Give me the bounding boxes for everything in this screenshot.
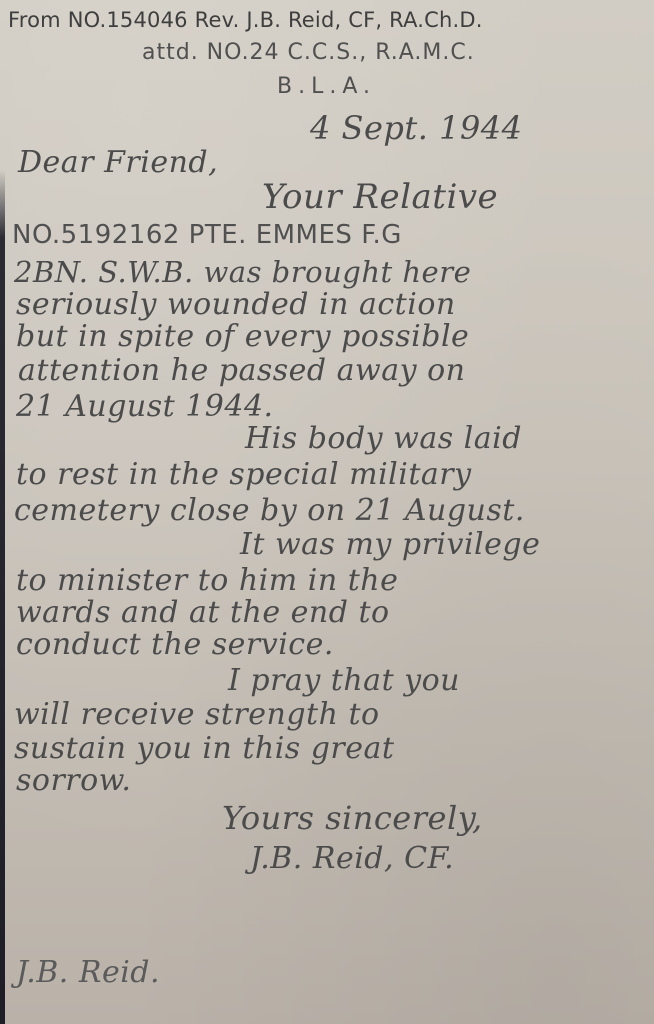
- salutation: Dear Friend,: [18, 148, 218, 178]
- body-line: attention he passed away on: [18, 356, 465, 386]
- body-line: but in spite of every possible: [16, 322, 469, 352]
- page-edge-shadow: [0, 170, 5, 1024]
- body-line: sustain you in this great: [14, 734, 394, 764]
- body-line: 21 August 1944.: [16, 392, 274, 422]
- signature: J.B. Reid, CF.: [250, 844, 454, 874]
- footer-signature: J.B. Reid.: [16, 958, 160, 988]
- header-attached-line: attd. NO.24 C.C.S., R.A.M.C.: [142, 42, 475, 64]
- body-line: to minister to him in the: [16, 566, 398, 596]
- body-line: Your Relative: [262, 180, 498, 214]
- body-line: will receive strength to: [14, 700, 380, 730]
- body-line: I pray that you: [228, 666, 460, 696]
- body-line: It was my privilege: [240, 530, 540, 560]
- body-line: seriously wounded in action: [16, 290, 456, 320]
- closing: Yours sincerely,: [222, 802, 483, 834]
- body-line: cemetery close by on 21 August.: [14, 496, 525, 526]
- body-line: NO.5192162 PTE. EMMES F.G: [12, 222, 402, 248]
- header-from-line: From NO.154046 Rev. J.B. Reid, CF, RA.Ch…: [8, 10, 483, 31]
- body-line: His body was laid: [245, 424, 522, 454]
- body-line: 2BN. S.W.B. was brought here: [14, 258, 471, 287]
- body-line: wards and at the end to: [16, 598, 390, 628]
- letter-date: 4 Sept. 1944: [310, 112, 523, 144]
- body-line: to rest in the special military: [16, 460, 472, 490]
- body-line: sorrow.: [16, 766, 131, 796]
- body-line: conduct the service.: [16, 630, 334, 660]
- header-location-line: B.L.A.: [277, 76, 376, 98]
